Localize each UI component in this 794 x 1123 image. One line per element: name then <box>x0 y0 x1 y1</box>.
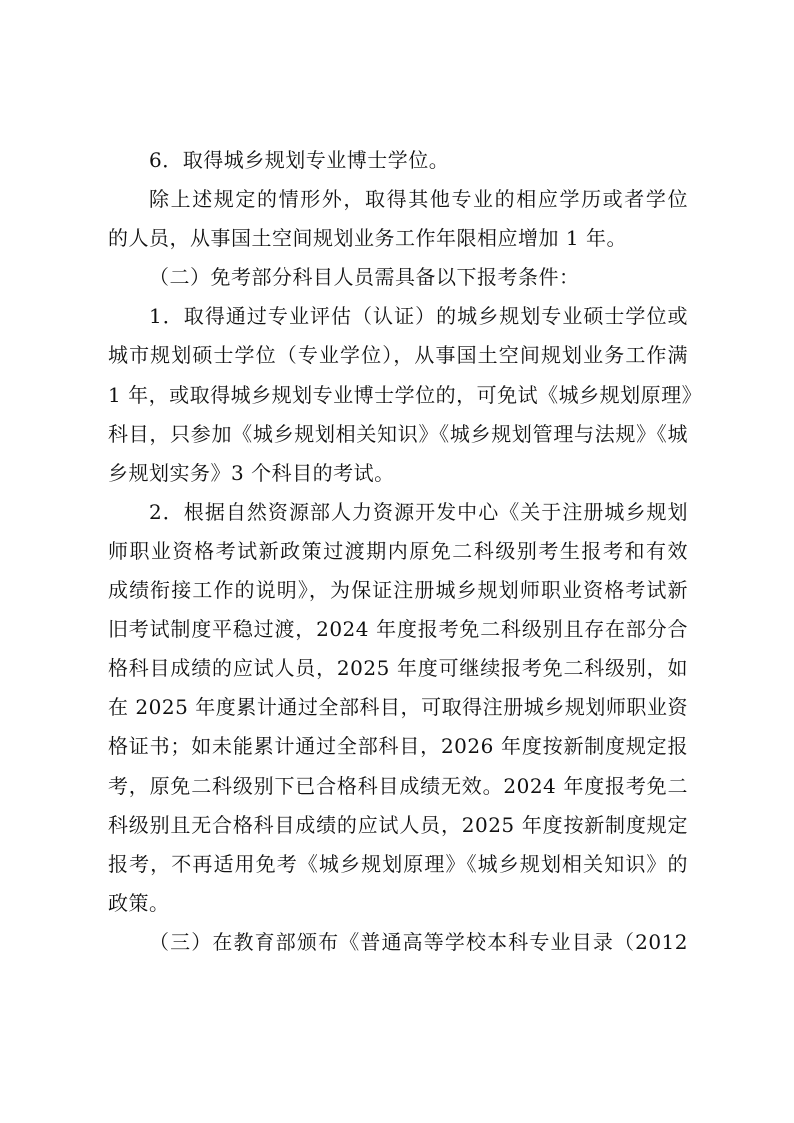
text-line: （三）在教育部颁布《普通高等学校本科专业目录（2012 <box>108 923 688 962</box>
text-line: 政策。 <box>108 884 688 923</box>
paragraph-item-6: 6．取得城乡规划专业博士学位。 <box>108 141 688 180</box>
text-line: 格科目成绩的应试人员，2025 年度可继续报考免二科级别，如 <box>108 649 688 688</box>
text-line: 1 年，或取得城乡规划专业博士学位的，可免试《城乡规划原理》 <box>108 376 688 415</box>
text-line: 除上述规定的情形外，取得其他专业的相应学历或者学位 <box>108 180 688 219</box>
section-2-heading: （二）免考部分科目人员需具备以下报考条件： <box>108 258 688 297</box>
text-line: 科级别且无合格科目成绩的应试人员，2025 年度按新制度规定 <box>108 806 688 845</box>
text-line: 考，原免二科级别下已合格科目成绩无效。2024 年度报考免二 <box>108 767 688 806</box>
section-3-heading: （三）在教育部颁布《普通高等学校本科专业目录（2012 <box>108 923 688 962</box>
text-line: 师职业资格考试新政策过渡期内原免二科级别考生报考和有效 <box>108 532 688 571</box>
text-line: 格证书；如未能累计通过全部科目，2026 年度按新制度规定报 <box>108 727 688 766</box>
text-line: （二）免考部分科目人员需具备以下报考条件： <box>108 258 688 297</box>
text-line: 城市规划硕士学位（专业学位），从事国土空间规划业务工作满 <box>108 336 688 375</box>
text-line: 2．根据自然资源部人力资源开发中心《关于注册城乡规划 <box>108 493 688 532</box>
text-line: 1．取得通过专业评估（认证）的城乡规划专业硕士学位或 <box>108 297 688 336</box>
text-line: 的人员，从事国土空间规划业务工作年限相应增加 1 年。 <box>108 219 688 258</box>
text-line: 报考，不再适用免考《城乡规划原理》《城乡规划相关知识》的 <box>108 845 688 884</box>
text-line: 乡规划实务》3 个科目的考试。 <box>108 454 688 493</box>
text-line: 6．取得城乡规划专业博士学位。 <box>108 141 688 180</box>
text-line: 在 2025 年度累计通过全部科目，可取得注册城乡规划师职业资 <box>108 688 688 727</box>
paragraph-other-majors-note: 除上述规定的情形外，取得其他专业的相应学历或者学位 的人员，从事国土空间规划业务… <box>108 180 688 258</box>
document-page: 6．取得城乡规划专业博士学位。 除上述规定的情形外，取得其他专业的相应学历或者学… <box>108 141 688 962</box>
paragraph-section-2-item-2: 2．根据自然资源部人力资源开发中心《关于注册城乡规划 师职业资格考试新政策过渡期… <box>108 493 688 923</box>
paragraph-section-2-item-1: 1．取得通过专业评估（认证）的城乡规划专业硕士学位或 城市规划硕士学位（专业学位… <box>108 297 688 492</box>
text-line: 科目，只参加《城乡规划相关知识》《城乡规划管理与法规》《城 <box>108 415 688 454</box>
text-line: 旧考试制度平稳过渡，2024 年度报考免二科级别且存在部分合 <box>108 610 688 649</box>
text-line: 成绩衔接工作的说明》，为保证注册城乡规划师职业资格考试新 <box>108 571 688 610</box>
